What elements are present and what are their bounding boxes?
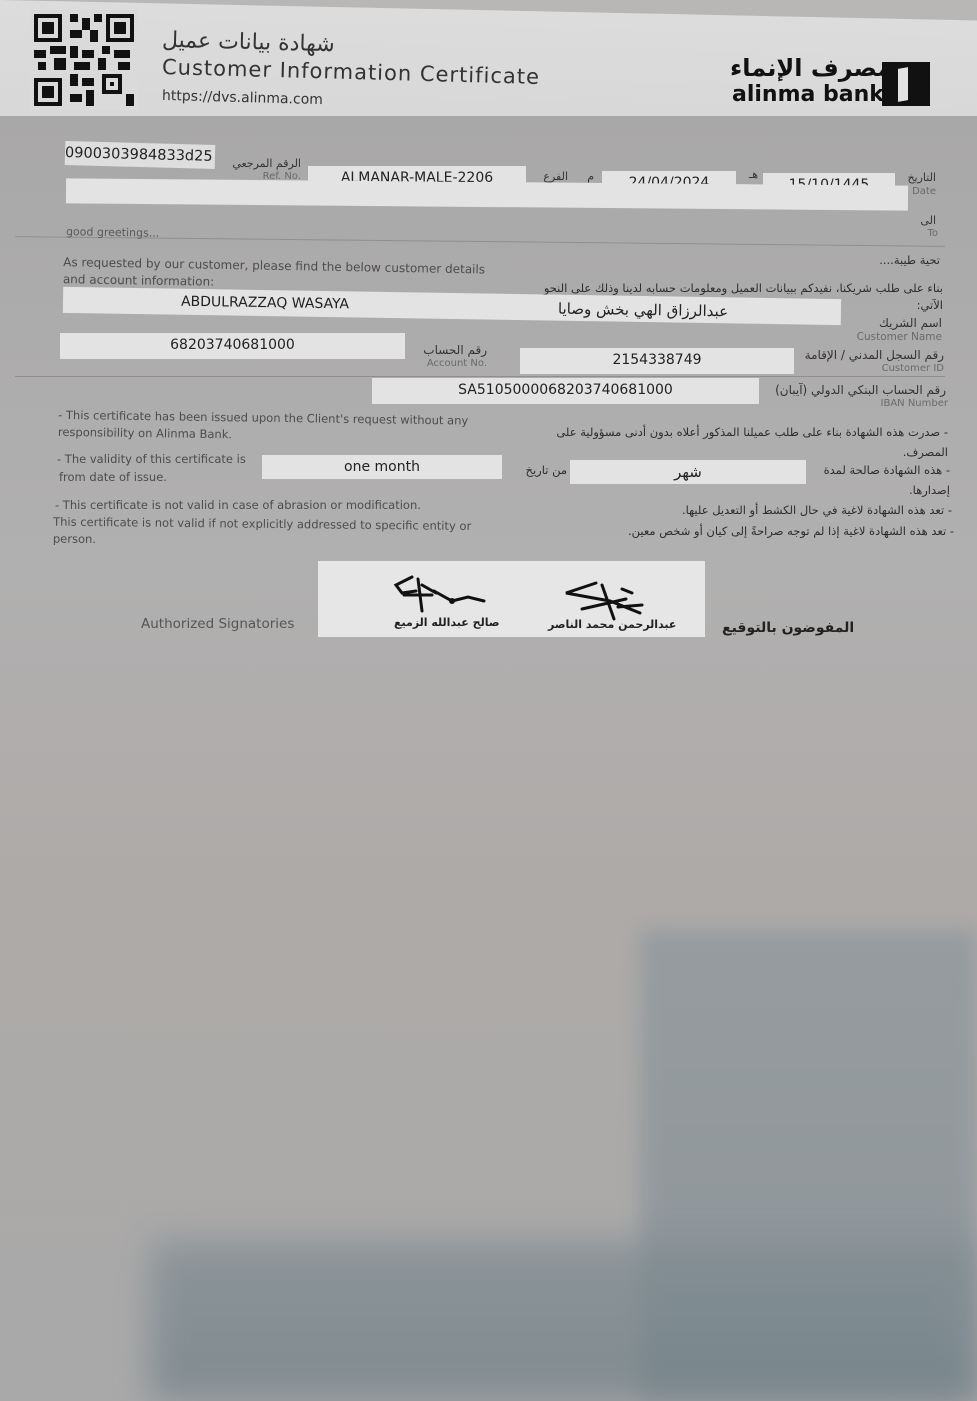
customer-id-label-ar: رقم السجل المدني / الإقامة [796, 348, 944, 362]
term-validity-en-line1: - The validity of this certificate is [57, 451, 246, 468]
customer-id-label: Customer ID [840, 363, 944, 374]
term-issued-ar-line2: المصرف. [860, 442, 948, 462]
authorized-signatories-label-ar: المفوضون بالتوقيع [722, 620, 854, 636]
validity-value-ar: شهر [570, 460, 806, 484]
authorized-signatories-label: Authorized Signatories [141, 616, 294, 633]
term-abrasion-ar: - تعد هذه الشهادة لاغية في حال الكشط أو … [600, 500, 952, 520]
customer-name-en: ABDULRAZZAQ WASAYA [181, 290, 349, 317]
term-validity-ar-from: من تاريخ [505, 460, 567, 480]
intro-ar-line2: الآتي: [860, 295, 943, 315]
bank-name-arabic: مصرف الإنماء [730, 54, 892, 82]
signatory-1-name: صالح عبدالله الزميع [394, 616, 499, 629]
bank-name: alinma bank [732, 82, 884, 107]
term-validity-ar-line2: إصدارها. [870, 480, 950, 500]
to-label: To [900, 228, 938, 239]
term-validity-en-line2: from date of issue. [59, 469, 167, 486]
signatory-2-name: عبدالرحمن محمد الناصر [548, 618, 676, 631]
account-no-label: Account No. [412, 358, 487, 369]
signature-box: صالح عبدالله الزميع عبدالرحمن محمد الناص… [318, 561, 705, 637]
signature-1-icon [392, 571, 492, 615]
iban-value: SA5105000068203740681000 [372, 378, 759, 404]
certificate-title-arabic: شهادة بيانات عميل [162, 28, 335, 58]
term-addressed-ar: - تعد هذه الشهادة لاغية إذا لم توجه صراح… [560, 521, 954, 541]
iban-label-ar: رقم الحساب البنكي الدولي (آيبان) [762, 383, 946, 397]
account-no-label-ar: رقم الحساب [412, 343, 487, 357]
customer-name-label-ar: اسم الشريك [850, 316, 942, 330]
term-issued-en: - This certificate has been issued upon … [58, 407, 508, 447]
branch-label-ar: الفرع [528, 170, 568, 183]
customer-name-ar: عبدالرزاق الهي بخش وصايا [558, 297, 729, 324]
date-label-ar: التاريخ [896, 171, 936, 184]
hijri-label-ar: هـ [742, 168, 758, 181]
qr-code-icon [30, 10, 138, 110]
alinma-door-logo-icon [882, 62, 930, 106]
account-no-value: 68203740681000 [60, 333, 405, 359]
customer-id-value: 2154338749 [520, 348, 794, 374]
signature-2-icon [562, 579, 652, 623]
ref-no-value: 0900303984833d25 [65, 141, 216, 169]
greeting-ar: تحية طيبة.... [780, 250, 940, 270]
divider [15, 376, 945, 377]
greeting-en: good greetings... [66, 223, 160, 242]
iban-label: IBAN Number [842, 398, 948, 409]
term-abrasion-en: - This certificate is not valid in case … [55, 497, 515, 514]
validity-value-en: one month [262, 455, 502, 479]
customer-name-label: Customer Name [840, 331, 942, 343]
term-issued-ar-line1: - صدرت هذه الشهادة بناء على طلب عميلنا ا… [515, 422, 948, 442]
term-validity-ar-line1: - هذه الشهادة صالحة لمدة [810, 460, 950, 480]
ref-no-label-ar: الرقم المرجعي [215, 157, 301, 170]
term-addressed-en: This certificate is not valid if not exp… [53, 514, 513, 553]
photo-shadow [150, 1240, 977, 1401]
to-label-ar: الى [900, 214, 936, 227]
